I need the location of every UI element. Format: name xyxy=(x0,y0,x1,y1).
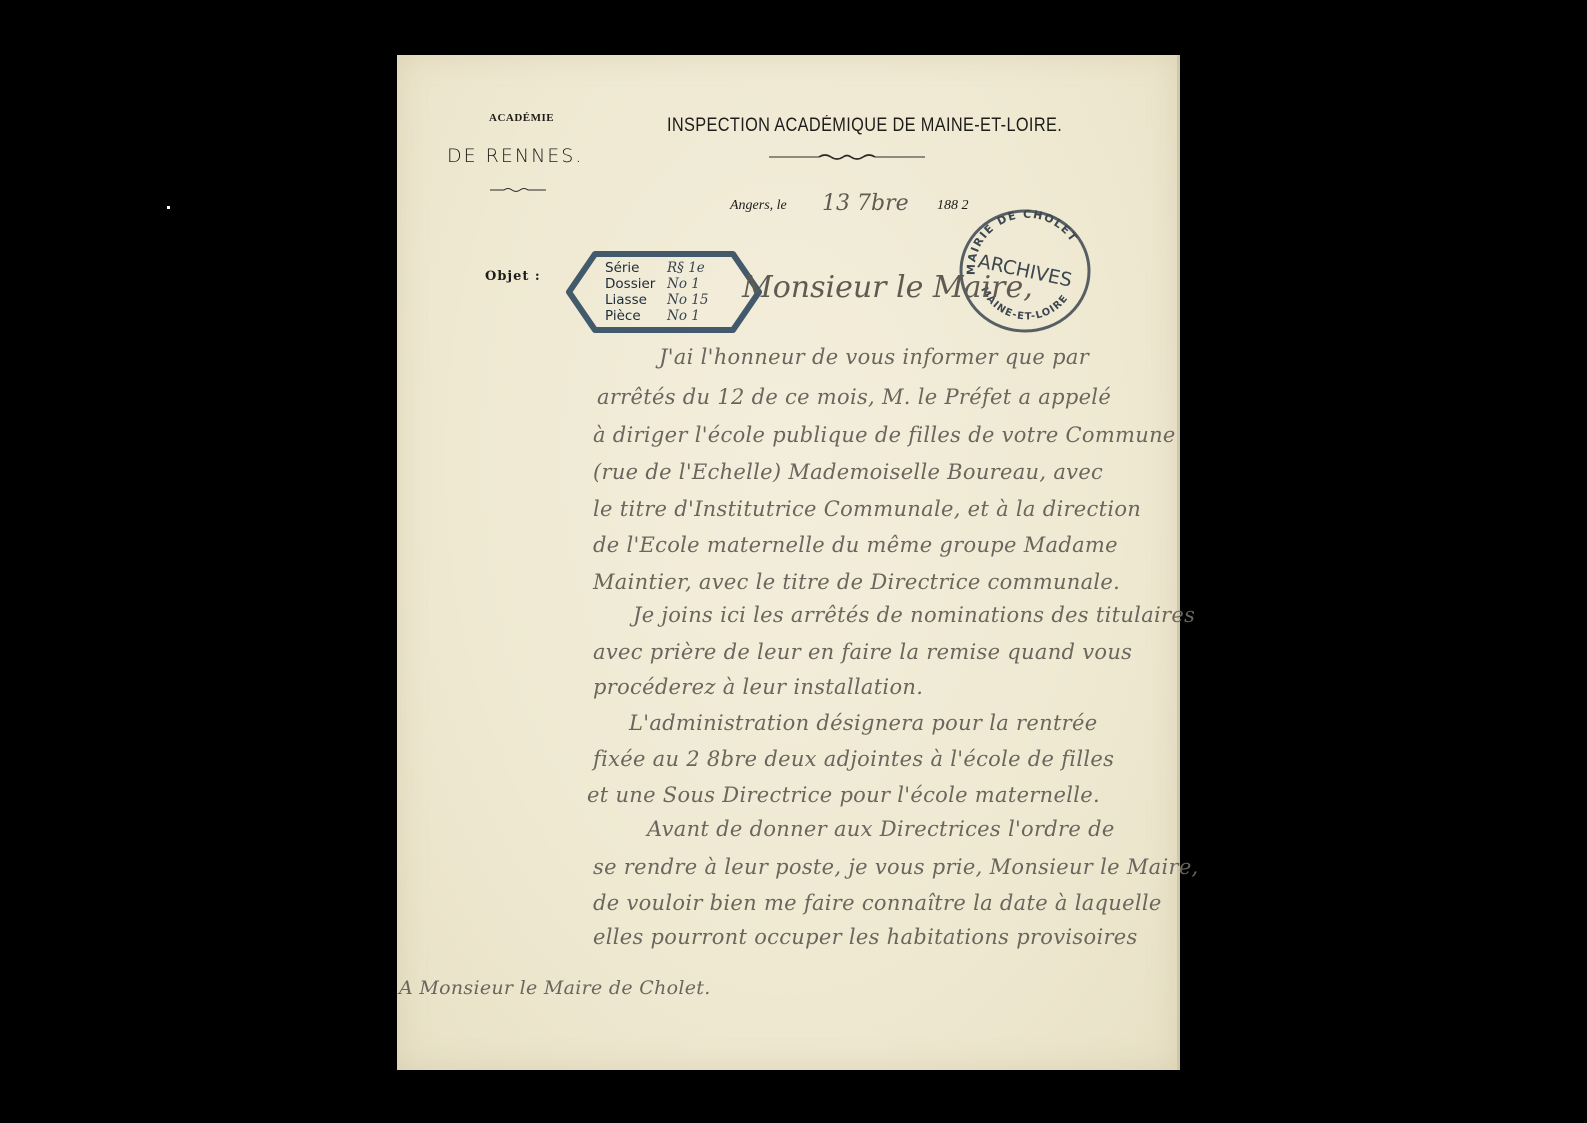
stamp-row-piece: PièceNo 1 xyxy=(605,308,708,324)
body-line: le titre d'Institutrice Communale, et à … xyxy=(593,497,1141,521)
addressee: A Monsieur le Maire de Cholet. xyxy=(399,977,711,999)
body-line: et une Sous Directrice pour l'école mate… xyxy=(587,783,1100,807)
objet-label: Objet : xyxy=(485,269,541,284)
salutation: Monsieur le Maire, xyxy=(742,270,1033,305)
inspection-title: INSPECTION ACADÉMIQUE DE MAINE-ET-LOIRE. xyxy=(667,115,1062,137)
archive-stamp-fields: SérieR§ 1e DossierNo 1 LiasseNo 15 Pièce… xyxy=(605,260,708,324)
scan-speck xyxy=(167,206,170,209)
academie-label: ACADÉMIE xyxy=(489,112,554,124)
body-line: Avant de donner aux Directrices l'ordre … xyxy=(647,817,1115,841)
page-edge xyxy=(1177,55,1180,1070)
stamp-row-dossier: DossierNo 1 xyxy=(605,276,708,292)
body-line: de vouloir bien me faire connaître la da… xyxy=(593,891,1162,915)
body-line: Maintier, avec le titre de Directrice co… xyxy=(593,570,1120,594)
body-line: de l'Ecole maternelle du même groupe Mad… xyxy=(593,533,1118,557)
body-line: se rendre à leur poste, je vous prie, Mo… xyxy=(593,855,1199,879)
body-line: procéderez à leur installation. xyxy=(593,675,923,699)
ornament-divider-icon xyxy=(769,153,925,161)
body-line: avec prière de leur en faire la remise q… xyxy=(593,640,1132,664)
stamp-row-serie: SérieR§ 1e xyxy=(605,260,708,276)
ornament-small-icon xyxy=(490,187,546,193)
body-line: Je joins ici les arrêtés de nominations … xyxy=(633,603,1195,627)
body-line: L'administration désignera pour la rentr… xyxy=(629,711,1097,735)
academie-name: DE RENNES. xyxy=(447,145,583,167)
stamp-row-liasse: LiasseNo 15 xyxy=(605,292,708,308)
body-line: fixée au 2 8bre deux adjointes à l'école… xyxy=(593,747,1114,771)
body-line: (rue de l'Echelle) Mademoiselle Boureau,… xyxy=(593,460,1103,484)
body-line: J'ai l'honneur de vous informer que par xyxy=(659,345,1089,369)
date-handwritten: 13 7bre xyxy=(822,191,909,216)
letter-page: ACADÉMIE DE RENNES. INSPECTION ACADÉMIQU… xyxy=(397,55,1177,1070)
body-line: arrêtés du 12 de ce mois, M. le Préfet a… xyxy=(597,385,1111,409)
date-prefix: Angers, le xyxy=(730,198,787,214)
body-line: à diriger l'école publique de filles de … xyxy=(593,423,1176,447)
body-line: elles pourront occuper les habitations p… xyxy=(593,925,1138,949)
